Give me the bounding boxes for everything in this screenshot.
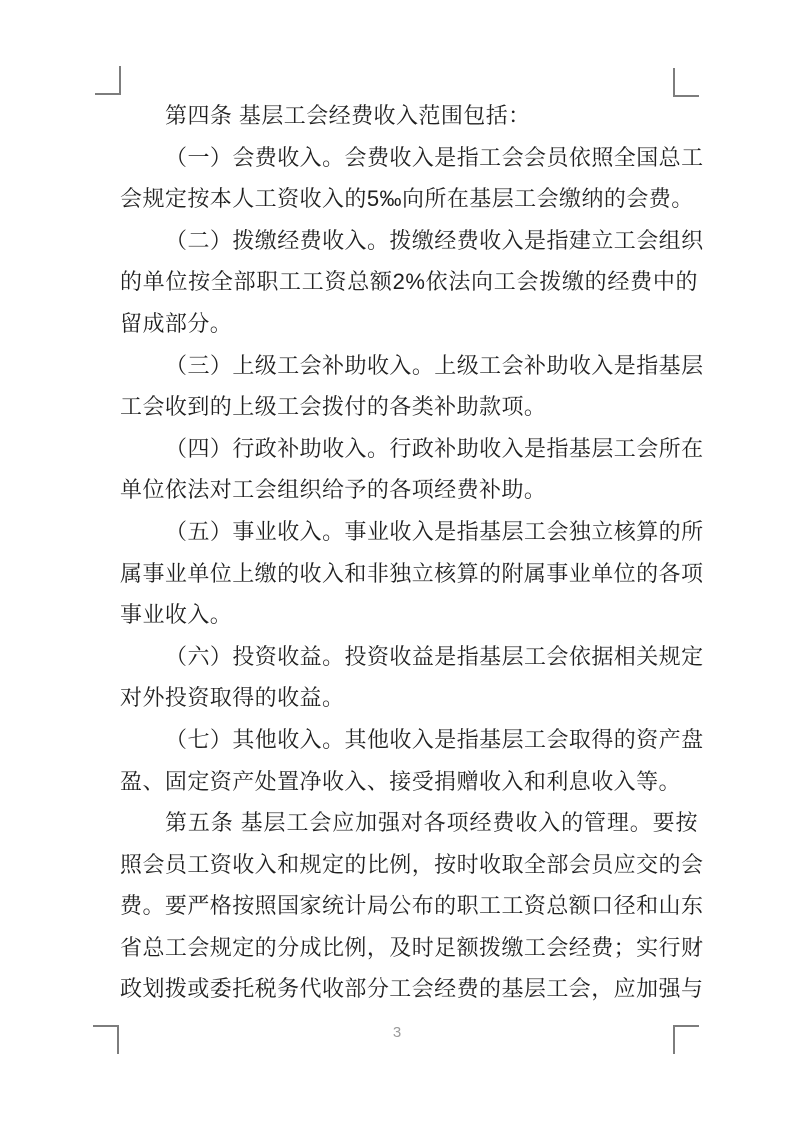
text-line: 第四条 基层工会经费收入范围包括： bbox=[120, 95, 698, 137]
text-line: 第五条 基层工会应加强对各项经费收入的管理。要按 bbox=[120, 802, 698, 844]
text-line: 照会员工资收入和规定的比例，按时收取全部会员应交的会 bbox=[120, 844, 698, 886]
text-line: 政划拨或委托税务代收部分工会经费的基层工会，应加强与 bbox=[120, 968, 698, 1010]
text-line: （三）上级工会补助收入。上级工会补助收入是指基层 bbox=[120, 345, 698, 387]
text-line: 属事业单位上缴的收入和非独立核算的附属事业单位的各项 bbox=[120, 553, 698, 595]
text-line: （四）行政补助收入。行政补助收入是指基层工会所在 bbox=[120, 428, 698, 470]
document-page: 第四条 基层工会经费收入范围包括：（一）会费收入。会费收入是指工会会员依照全国总… bbox=[0, 0, 794, 1123]
paragraph: （二）拨缴经费收入。拨缴经费收入是指建立工会组织的单位按全部职工工资总额2%依法… bbox=[120, 220, 698, 345]
text-line: 会规定按本人工资收入的5‰向所在基层工会缴纳的会费。 bbox=[120, 178, 698, 220]
text-line: 工会收到的上级工会拨付的各类补助款项。 bbox=[120, 386, 698, 428]
text-line: 对外投资取得的收益。 bbox=[120, 677, 698, 719]
paragraph: 第五条 基层工会应加强对各项经费收入的管理。要按照会员工资收入和规定的比例，按时… bbox=[120, 802, 698, 1010]
crop-mark-top-left-icon bbox=[95, 66, 121, 95]
text-line: （五）事业收入。事业收入是指基层工会独立核算的所 bbox=[120, 511, 698, 553]
text-line: （六）投资收益。投资收益是指基层工会依据相关规定 bbox=[120, 636, 698, 678]
text-line: （七）其他收入。其他收入是指基层工会取得的资产盘 bbox=[120, 719, 698, 761]
text-line: 单位依法对工会组织给予的各项经费补助。 bbox=[120, 469, 698, 511]
text-line: 事业收入。 bbox=[120, 594, 698, 636]
text-line: 费。要严格按照国家统计局公布的职工工资总额口径和山东 bbox=[120, 885, 698, 927]
crop-mark-top-right-icon bbox=[673, 68, 699, 97]
paragraph: 第四条 基层工会经费收入范围包括： bbox=[120, 95, 698, 137]
text-line: 盈、固定资产处置净收入、接受捐赠收入和利息收入等。 bbox=[120, 761, 698, 803]
text-line: （一）会费收入。会费收入是指工会会员依照全国总工 bbox=[120, 137, 698, 179]
paragraph: （三）上级工会补助收入。上级工会补助收入是指基层工会收到的上级工会拨付的各类补助… bbox=[120, 345, 698, 428]
paragraph: （一）会费收入。会费收入是指工会会员依照全国总工会规定按本人工资收入的5‰向所在… bbox=[120, 137, 698, 220]
document-body: 第四条 基层工会经费收入范围包括：（一）会费收入。会费收入是指工会会员依照全国总… bbox=[120, 95, 698, 1010]
paragraph: （六）投资收益。投资收益是指基层工会依据相关规定对外投资取得的收益。 bbox=[120, 636, 698, 719]
text-line: 留成部分。 bbox=[120, 303, 698, 345]
paragraph: （五）事业收入。事业收入是指基层工会独立核算的所属事业单位上缴的收入和非独立核算… bbox=[120, 511, 698, 636]
paragraph: （四）行政补助收入。行政补助收入是指基层工会所在单位依法对工会组织给予的各项经费… bbox=[120, 428, 698, 511]
paragraph: （七）其他收入。其他收入是指基层工会取得的资产盘盈、固定资产处置净收入、接受捐赠… bbox=[120, 719, 698, 802]
text-line: （二）拨缴经费收入。拨缴经费收入是指建立工会组织 bbox=[120, 220, 698, 262]
text-line: 省总工会规定的分成比例，及时足额拨缴工会经费；实行财 bbox=[120, 927, 698, 969]
page-number: 3 bbox=[0, 1024, 794, 1041]
text-line: 的单位按全部职工工资总额2%依法向工会拨缴的经费中的 bbox=[120, 261, 698, 303]
